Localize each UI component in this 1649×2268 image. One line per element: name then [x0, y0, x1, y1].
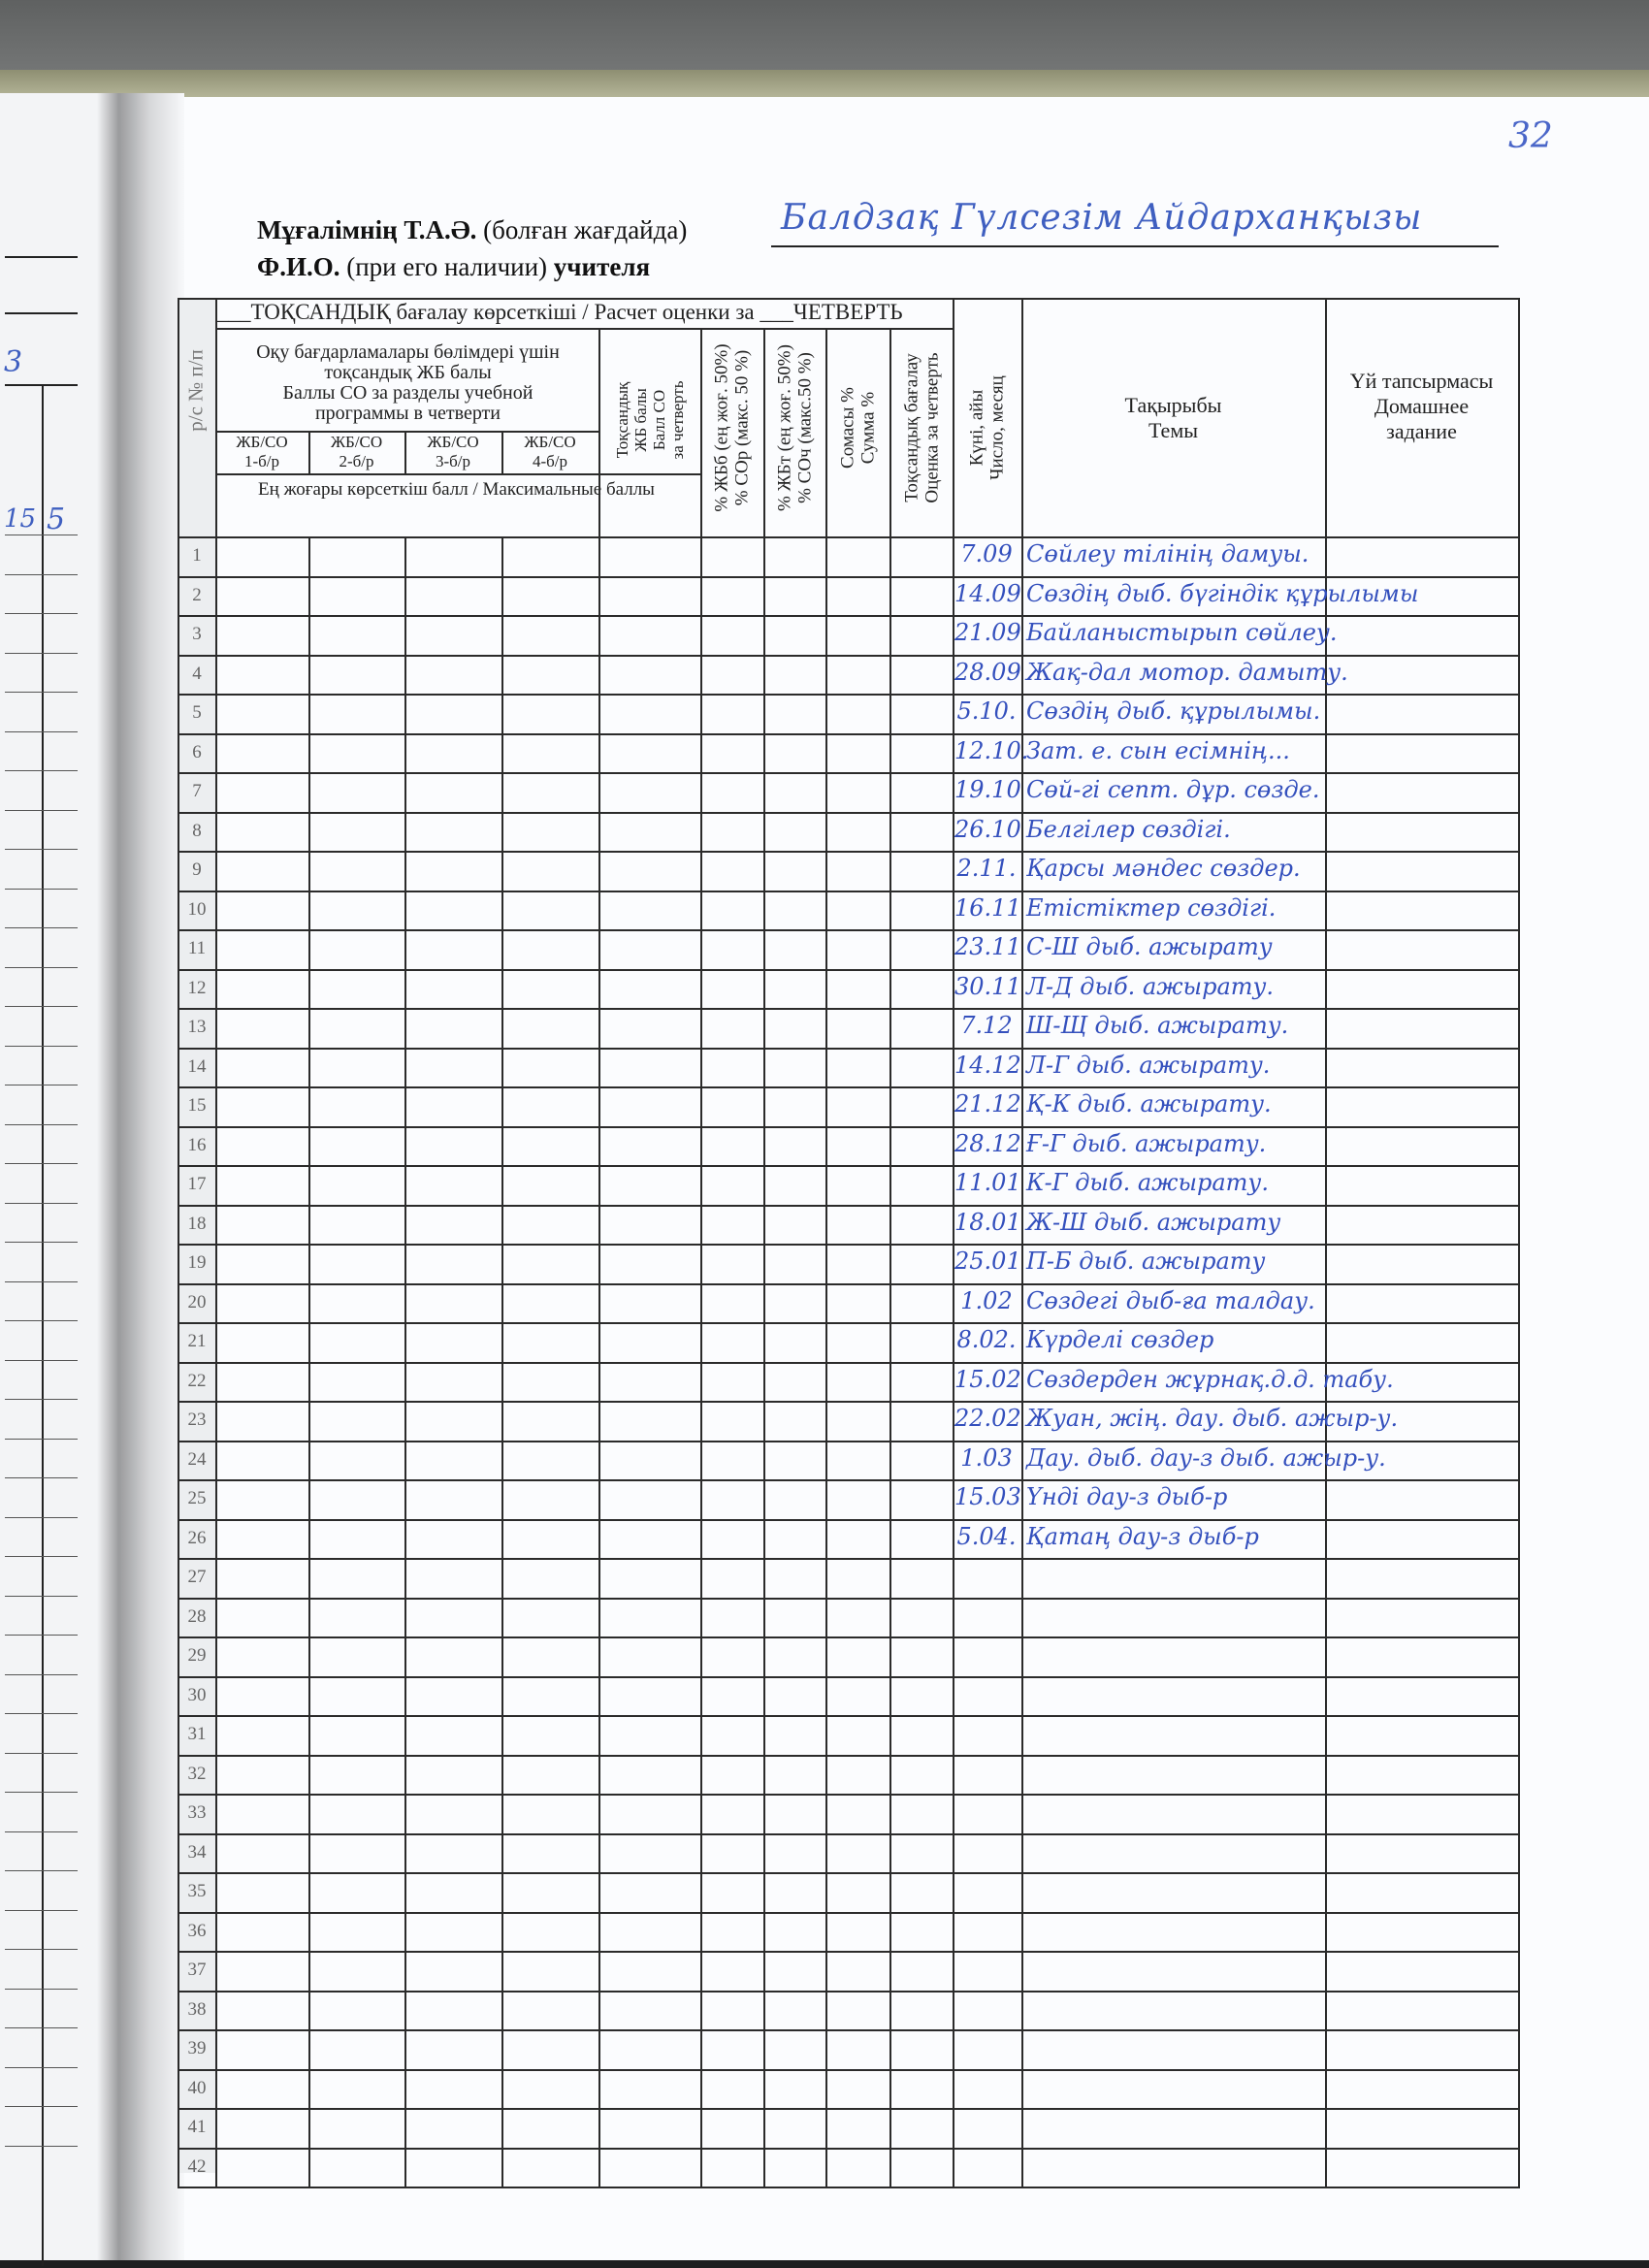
row-number: 33: [178, 1802, 215, 1824]
left-page-mark: 5: [47, 502, 65, 536]
left-page-mark: 15: [4, 504, 36, 534]
row-topic[interactable]: Ғ-Г дыб. ажырату.: [1026, 1130, 1266, 1157]
header-topic-2: Темы: [1021, 418, 1325, 443]
col-divider: [825, 328, 827, 2187]
teacher-label-kz: Мұғалімнің Т.А.Ә.: [257, 215, 476, 244]
row-number: 6: [178, 742, 215, 763]
row-date[interactable]: 5.04.: [954, 1523, 1018, 1550]
row-topic[interactable]: Етістіктер сөздігі.: [1026, 894, 1276, 922]
teacher-label: Мұғалімнің Т.А.Ә. (болған жағдайда) Ф.И.…: [257, 211, 687, 285]
left-page-row-line: [5, 1124, 78, 1125]
row-number: 5: [178, 702, 215, 724]
header-sum: Сомасы % Сумма %: [838, 324, 879, 533]
header-quarter-title: ___ТОҚСАНДЫҚ бағалау көрсеткіші / Расчет…: [217, 302, 953, 323]
row-topic[interactable]: П-Б дыб. ажырату: [1026, 1247, 1265, 1275]
row-number: 23: [178, 1409, 215, 1431]
row-number: 17: [178, 1174, 215, 1195]
row-divider: [178, 1676, 1518, 1678]
row-divider: [178, 1755, 1518, 1757]
row-divider: [178, 1715, 1518, 1717]
row-divider: [178, 1872, 1518, 1874]
left-page-row-line: [5, 1439, 78, 1440]
row-number: 2: [178, 585, 215, 606]
row-number: 14: [178, 1056, 215, 1078]
header-quarter-so-1: Тоқсандық: [613, 362, 631, 478]
row-topic[interactable]: Сөй-гі септ. дұр. сөзде.: [1026, 776, 1319, 803]
left-page-row-line: [5, 1792, 78, 1793]
row-divider: [178, 851, 1518, 853]
row-divider: [178, 1794, 1518, 1796]
row-topic[interactable]: Ш-Щ дыб. ажырату.: [1026, 1012, 1288, 1039]
row-divider: [178, 929, 1518, 931]
left-page-row-line: [5, 613, 78, 614]
left-page-row-line: [5, 1910, 78, 1911]
row-number: 28: [178, 1606, 215, 1628]
header-so-col-label: ЖБ/СО: [501, 433, 598, 452]
row-divider: [178, 891, 1518, 892]
header-quarter-so-3: Балл СО: [650, 362, 668, 478]
row-divider: [178, 615, 1518, 617]
row-divider: [178, 1048, 1518, 1050]
col-divider: [763, 328, 765, 2187]
row-date[interactable]: 1.03: [954, 1444, 1018, 1472]
header-so-col-sub: 3-б/р: [404, 452, 501, 471]
row-date[interactable]: 21.12: [954, 1090, 1018, 1118]
row-topic[interactable]: К-Г дыб. ажырату.: [1026, 1169, 1269, 1196]
left-page-row-line: [5, 849, 78, 850]
left-page-row-line: [5, 1596, 78, 1597]
left-page-row-line: [5, 1635, 78, 1636]
header-sections-kz-2: тоқсандық ЖБ балы: [217, 362, 598, 383]
col-divider: [1021, 298, 1023, 2187]
header-divider: [215, 431, 598, 433]
header-pct-jbb: % ЖБб (ең жоғ. 50%) % СОр (макс. 50 %): [712, 324, 753, 533]
header-pct-jbb-2: % СОр (макс. 50 %): [732, 324, 753, 533]
row-number: 40: [178, 2078, 215, 2099]
header-grade: Тоқсандық бағалау Оценка за четверть: [902, 324, 943, 533]
header-quarter-so-2: ЖБ балы: [631, 362, 650, 478]
left-page-row-line: [5, 1281, 78, 1282]
row-number: 3: [178, 624, 215, 645]
left-page-row-line: [5, 1046, 78, 1047]
left-page-row-line: [5, 967, 78, 968]
row-divider: [178, 1441, 1518, 1442]
header-date-2: Число, месяц: [987, 324, 1008, 533]
row-divider: [178, 1833, 1518, 1835]
row-number: 4: [178, 664, 215, 685]
row-number: 18: [178, 1214, 215, 1235]
row-date[interactable]: 16.11: [954, 894, 1018, 922]
book-gutter-shadow: [97, 93, 184, 2268]
col-divider: [404, 431, 406, 473]
teacher-label-ru-tail: учителя: [554, 252, 650, 281]
table-border-top: [178, 298, 1518, 300]
table-border-bottom: [178, 2187, 1520, 2188]
col-divider: [598, 473, 600, 536]
row-date[interactable]: 8.02.: [954, 1326, 1018, 1353]
col-divider: [889, 328, 891, 2187]
row-topic[interactable]: Қарсы мәндес сөздер.: [1026, 855, 1301, 882]
header-sum-1: Сомасы %: [838, 324, 858, 533]
row-number: 12: [178, 978, 215, 999]
row-date[interactable]: 14.12: [954, 1052, 1018, 1079]
header-homework-2: Домашнее: [1325, 394, 1518, 419]
row-number: 15: [178, 1095, 215, 1117]
row-divider: [178, 576, 1518, 578]
left-page-row-line: [5, 1674, 78, 1675]
left-page-row-line: [5, 535, 78, 535]
row-date[interactable]: 28.12: [954, 1130, 1018, 1157]
left-page-row-line: [5, 574, 78, 575]
header-sections-kz-1: Оқу бағдарламалары бөлімдері үшін: [217, 341, 598, 363]
row-topic[interactable]: Сөйлеу тілінің дамуы.: [1026, 540, 1309, 567]
row-topic[interactable]: С-Ш дыб. ажырату: [1026, 933, 1273, 960]
row-number: 38: [178, 1999, 215, 2021]
row-number: 25: [178, 1488, 215, 1509]
header-sum-2: Сумма %: [858, 324, 879, 533]
row-topic[interactable]: Белгілер сөздігі.: [1026, 816, 1231, 843]
row-topic[interactable]: Сөздің дыб. құрылымы.: [1026, 697, 1320, 725]
teacher-name-field[interactable]: Балдзақ Гүлсезім Айдарханқызы: [781, 198, 1422, 238]
left-page-row-line: [5, 889, 78, 890]
header-so-col-sub: 4-б/р: [501, 452, 598, 471]
header-quarter-so: Тоқсандық ЖБ балы Балл СО за четверть: [613, 362, 687, 478]
header-divider: [215, 328, 953, 330]
teacher-name-underline: [771, 245, 1499, 247]
row-divider: [178, 1951, 1518, 1953]
row-divider: [178, 1205, 1518, 1207]
row-date[interactable]: 7.12: [954, 1012, 1018, 1039]
row-divider: [178, 1165, 1518, 1167]
row-date[interactable]: 15.02: [954, 1366, 1018, 1393]
row-divider: [178, 1008, 1518, 1010]
row-date[interactable]: 1.02: [954, 1287, 1018, 1314]
row-divider: [178, 1636, 1518, 1638]
header-bottom-line: [178, 536, 1518, 538]
left-page-row-line: [5, 1949, 78, 1950]
row-divider: [178, 1244, 1518, 1246]
row-divider: [178, 1401, 1518, 1403]
row-number: 42: [178, 2156, 215, 2178]
row-divider: [178, 1126, 1518, 1128]
row-date[interactable]: 14.09: [954, 580, 1018, 607]
row-number: 8: [178, 821, 215, 842]
header-grade-1: Тоқсандық бағалау: [902, 324, 922, 533]
row-divider: [178, 733, 1518, 735]
row-topic[interactable]: Жақ-дал мотор. дамыту.: [1026, 659, 1348, 686]
header-so-col-sub: 2-б/р: [308, 452, 404, 471]
header-divider: [215, 473, 700, 475]
row-divider: [178, 1362, 1518, 1364]
row-topic[interactable]: Ж-Ш дыб. ажырату: [1026, 1209, 1280, 1236]
header-so-col-sub: 1-б/р: [215, 452, 308, 471]
row-date[interactable]: 26.10: [954, 816, 1018, 843]
row-divider: [178, 1283, 1518, 1285]
left-page-mark: 3: [4, 345, 22, 379]
row-number: 41: [178, 2117, 215, 2138]
left-page-row-line: [5, 1989, 78, 1990]
teacher-label-ru: Ф.И.О.: [257, 252, 339, 281]
row-topic[interactable]: Күрделі сөздер: [1026, 1326, 1213, 1353]
row-topic[interactable]: Сөздің дыб. бүгіндік құрылымы: [1026, 580, 1418, 607]
row-number: 13: [178, 1017, 215, 1038]
left-page-row-line: [5, 1163, 78, 1164]
row-date[interactable]: 2.11.: [954, 855, 1018, 882]
header-date-1: Күні, айы: [967, 324, 987, 533]
row-divider: [178, 1519, 1518, 1521]
row-number: 24: [178, 1449, 215, 1471]
header-so-col-1: ЖБ/СО1-б/р: [215, 433, 308, 471]
header-pct-jbt-2: % СОч (макс.50 %): [795, 324, 816, 533]
row-topic[interactable]: Қатаң дау-з дыб-р: [1026, 1523, 1259, 1550]
row-number: 7: [178, 781, 215, 802]
row-date[interactable]: 19.10: [954, 776, 1018, 803]
row-number: 29: [178, 1645, 215, 1667]
row-number: 35: [178, 1881, 215, 1902]
row-topic[interactable]: Үнді дау-з дыб-р: [1026, 1483, 1227, 1510]
left-page-row-line: [5, 1870, 78, 1871]
row-divider: [178, 1912, 1518, 1914]
header-topic-1: Тақырыбы: [1021, 393, 1325, 418]
scanner-bottom-edge: [0, 2260, 1649, 2268]
row-topic[interactable]: Байланыстырып сөйлеу.: [1026, 619, 1337, 646]
left-page-row-line: [5, 692, 78, 693]
row-topic[interactable]: Сөздегі дыб-ға талдау.: [1026, 1287, 1315, 1314]
row-topic[interactable]: Қ-К дыб. ажырату.: [1026, 1090, 1272, 1118]
header-date: Күні, айы Число, месяц: [967, 324, 1008, 533]
header-topic: Тақырыбы Темы: [1021, 393, 1325, 443]
row-date[interactable]: 15.03: [954, 1483, 1018, 1510]
row-topic[interactable]: Л-Д дыб. ажырату.: [1026, 973, 1274, 1000]
row-date[interactable]: 30.11: [954, 973, 1018, 1000]
table-border-left: [178, 298, 179, 2187]
left-page-row-line: [5, 1242, 78, 1243]
left-page-row-line: [5, 1203, 78, 1204]
col-divider: [308, 431, 310, 473]
left-page-row-line: [5, 1006, 78, 1007]
row-divider: [178, 1558, 1518, 1560]
left-page-line: [5, 256, 78, 258]
row-divider: [178, 694, 1518, 696]
row-topic[interactable]: Л-Г дыб. ажырату.: [1026, 1052, 1270, 1079]
row-number: 39: [178, 2038, 215, 2059]
row-topic[interactable]: Зат. е. сын есімнің...: [1026, 737, 1290, 764]
row-number: 16: [178, 1135, 215, 1156]
col-divider: [598, 328, 600, 473]
left-page-row-line: [5, 927, 78, 928]
left-page-row-line: [5, 1517, 78, 1518]
left-page-row-line: [5, 1831, 78, 1832]
row-divider: [178, 1086, 1518, 1088]
row-number: 31: [178, 1724, 215, 1745]
row-topic[interactable]: Жуан, жің. дау. дыб. ажыр-у.: [1026, 1405, 1398, 1432]
teacher-label-kz-note: (болған жағдайда): [476, 215, 687, 244]
left-page-row-line: [5, 1399, 78, 1400]
scanner-edge: [0, 0, 1649, 70]
left-page-line: [5, 312, 78, 314]
header-homework-3: задание: [1325, 419, 1518, 444]
left-page-row-line: [5, 1320, 78, 1321]
row-divider: [178, 1991, 1518, 1993]
row-divider: [178, 969, 1518, 971]
row-date[interactable]: 11.01: [954, 1169, 1018, 1196]
row-number: 26: [178, 1528, 215, 1549]
header-row-number: р/с № п/п: [186, 311, 207, 470]
left-page-row-line: [5, 2067, 78, 2068]
row-number: 9: [178, 859, 215, 881]
left-page-row-line: [5, 653, 78, 654]
row-date[interactable]: 21.09: [954, 619, 1018, 646]
header-sections-ru-1: Баллы СО за разделы учебной: [217, 382, 598, 404]
row-date[interactable]: 7.09: [954, 540, 1018, 567]
teacher-label-ru-note: (при его наличии): [339, 252, 553, 281]
row-number: 37: [178, 1960, 215, 1981]
row-topic[interactable]: Дау. дыб. дау-з дыб. ажыр-у.: [1026, 1444, 1386, 1472]
left-page-row-line: [5, 1360, 78, 1361]
row-divider: [178, 2069, 1518, 2071]
header-so-col-4: ЖБ/СО4-б/р: [501, 433, 598, 471]
row-date[interactable]: 22.02: [954, 1405, 1018, 1432]
row-number: 21: [178, 1331, 215, 1352]
header-max-scores: Ең жоғары көрсеткіш балл / Максимальные …: [217, 479, 695, 501]
row-divider: [178, 2148, 1518, 2150]
row-date[interactable]: 23.11: [954, 933, 1018, 960]
row-date[interactable]: 18.01: [954, 1209, 1018, 1236]
row-date[interactable]: 12.10.: [954, 737, 1018, 764]
col-divider: [501, 431, 503, 473]
left-page-row-line: [5, 1753, 78, 1754]
col-divider: [215, 298, 217, 2187]
row-divider: [178, 655, 1518, 657]
row-number: 11: [178, 938, 215, 959]
left-page-row-line: [5, 1477, 78, 1478]
left-page-row-line: [5, 1085, 78, 1085]
row-number: 10: [178, 899, 215, 921]
row-divider: [178, 2029, 1518, 2031]
page-number: 32: [1508, 116, 1553, 156]
left-page-row-line: [5, 1556, 78, 1557]
row-divider: [178, 1322, 1518, 1324]
left-page-row-line: [5, 731, 78, 732]
left-page-row-line: [5, 810, 78, 811]
row-number: 36: [178, 1921, 215, 1942]
row-divider: [178, 812, 1518, 814]
header-so-col-3: ЖБ/СО3-б/р: [404, 433, 501, 471]
row-divider: [178, 2108, 1518, 2110]
header-pct-jbt: % ЖБт (ең жоғ. 50%) % СОч (макс.50 %): [775, 324, 816, 533]
header-homework-1: Үй тапсырмасы: [1325, 369, 1518, 394]
left-page-row-line: [5, 1713, 78, 1714]
row-date[interactable]: 25.01: [954, 1247, 1018, 1275]
row-divider: [178, 772, 1518, 774]
col-divider: [700, 328, 702, 2187]
header-grade-2: Оценка за четверть: [922, 324, 943, 533]
header-sections-ru-2: программы в четверти: [217, 403, 598, 424]
header-homework: Үй тапсырмасы Домашнее задание: [1325, 369, 1518, 444]
row-number: 1: [178, 545, 215, 567]
header-so-col-2: ЖБ/СО2-б/р: [308, 433, 404, 471]
row-date[interactable]: 5.10.: [954, 697, 1018, 725]
scanner-strip: [0, 70, 1649, 99]
header-so-col-label: ЖБ/СО: [215, 433, 308, 452]
row-divider: [178, 1479, 1518, 1481]
row-topic[interactable]: Сөздерден жұрнақ.д.д. табу.: [1026, 1366, 1394, 1393]
header-pct-jbt-1: % ЖБт (ең жоғ. 50%): [775, 324, 795, 533]
header-so-col-label: ЖБ/СО: [308, 433, 404, 452]
header-pct-jbb-1: % ЖБб (ең жоғ. 50%): [712, 324, 732, 533]
row-number: 32: [178, 1764, 215, 1785]
left-page-vline: [42, 384, 44, 2266]
left-page-row-line: [5, 770, 78, 771]
row-number: 27: [178, 1567, 215, 1588]
row-number: 22: [178, 1371, 215, 1392]
row-number: 30: [178, 1685, 215, 1706]
table-border-right: [1518, 298, 1520, 2187]
row-number: 19: [178, 1252, 215, 1274]
row-divider: [178, 1598, 1518, 1600]
row-number: 34: [178, 1842, 215, 1863]
header-quarter-so-4: за четверть: [668, 362, 687, 478]
row-number: 20: [178, 1292, 215, 1313]
header-so-col-label: ЖБ/СО: [404, 433, 501, 452]
left-page-row-line: [5, 2146, 78, 2147]
row-date[interactable]: 28.09: [954, 659, 1018, 686]
left-page-row-line: [5, 2027, 78, 2028]
left-page-row-line: [5, 2106, 78, 2107]
